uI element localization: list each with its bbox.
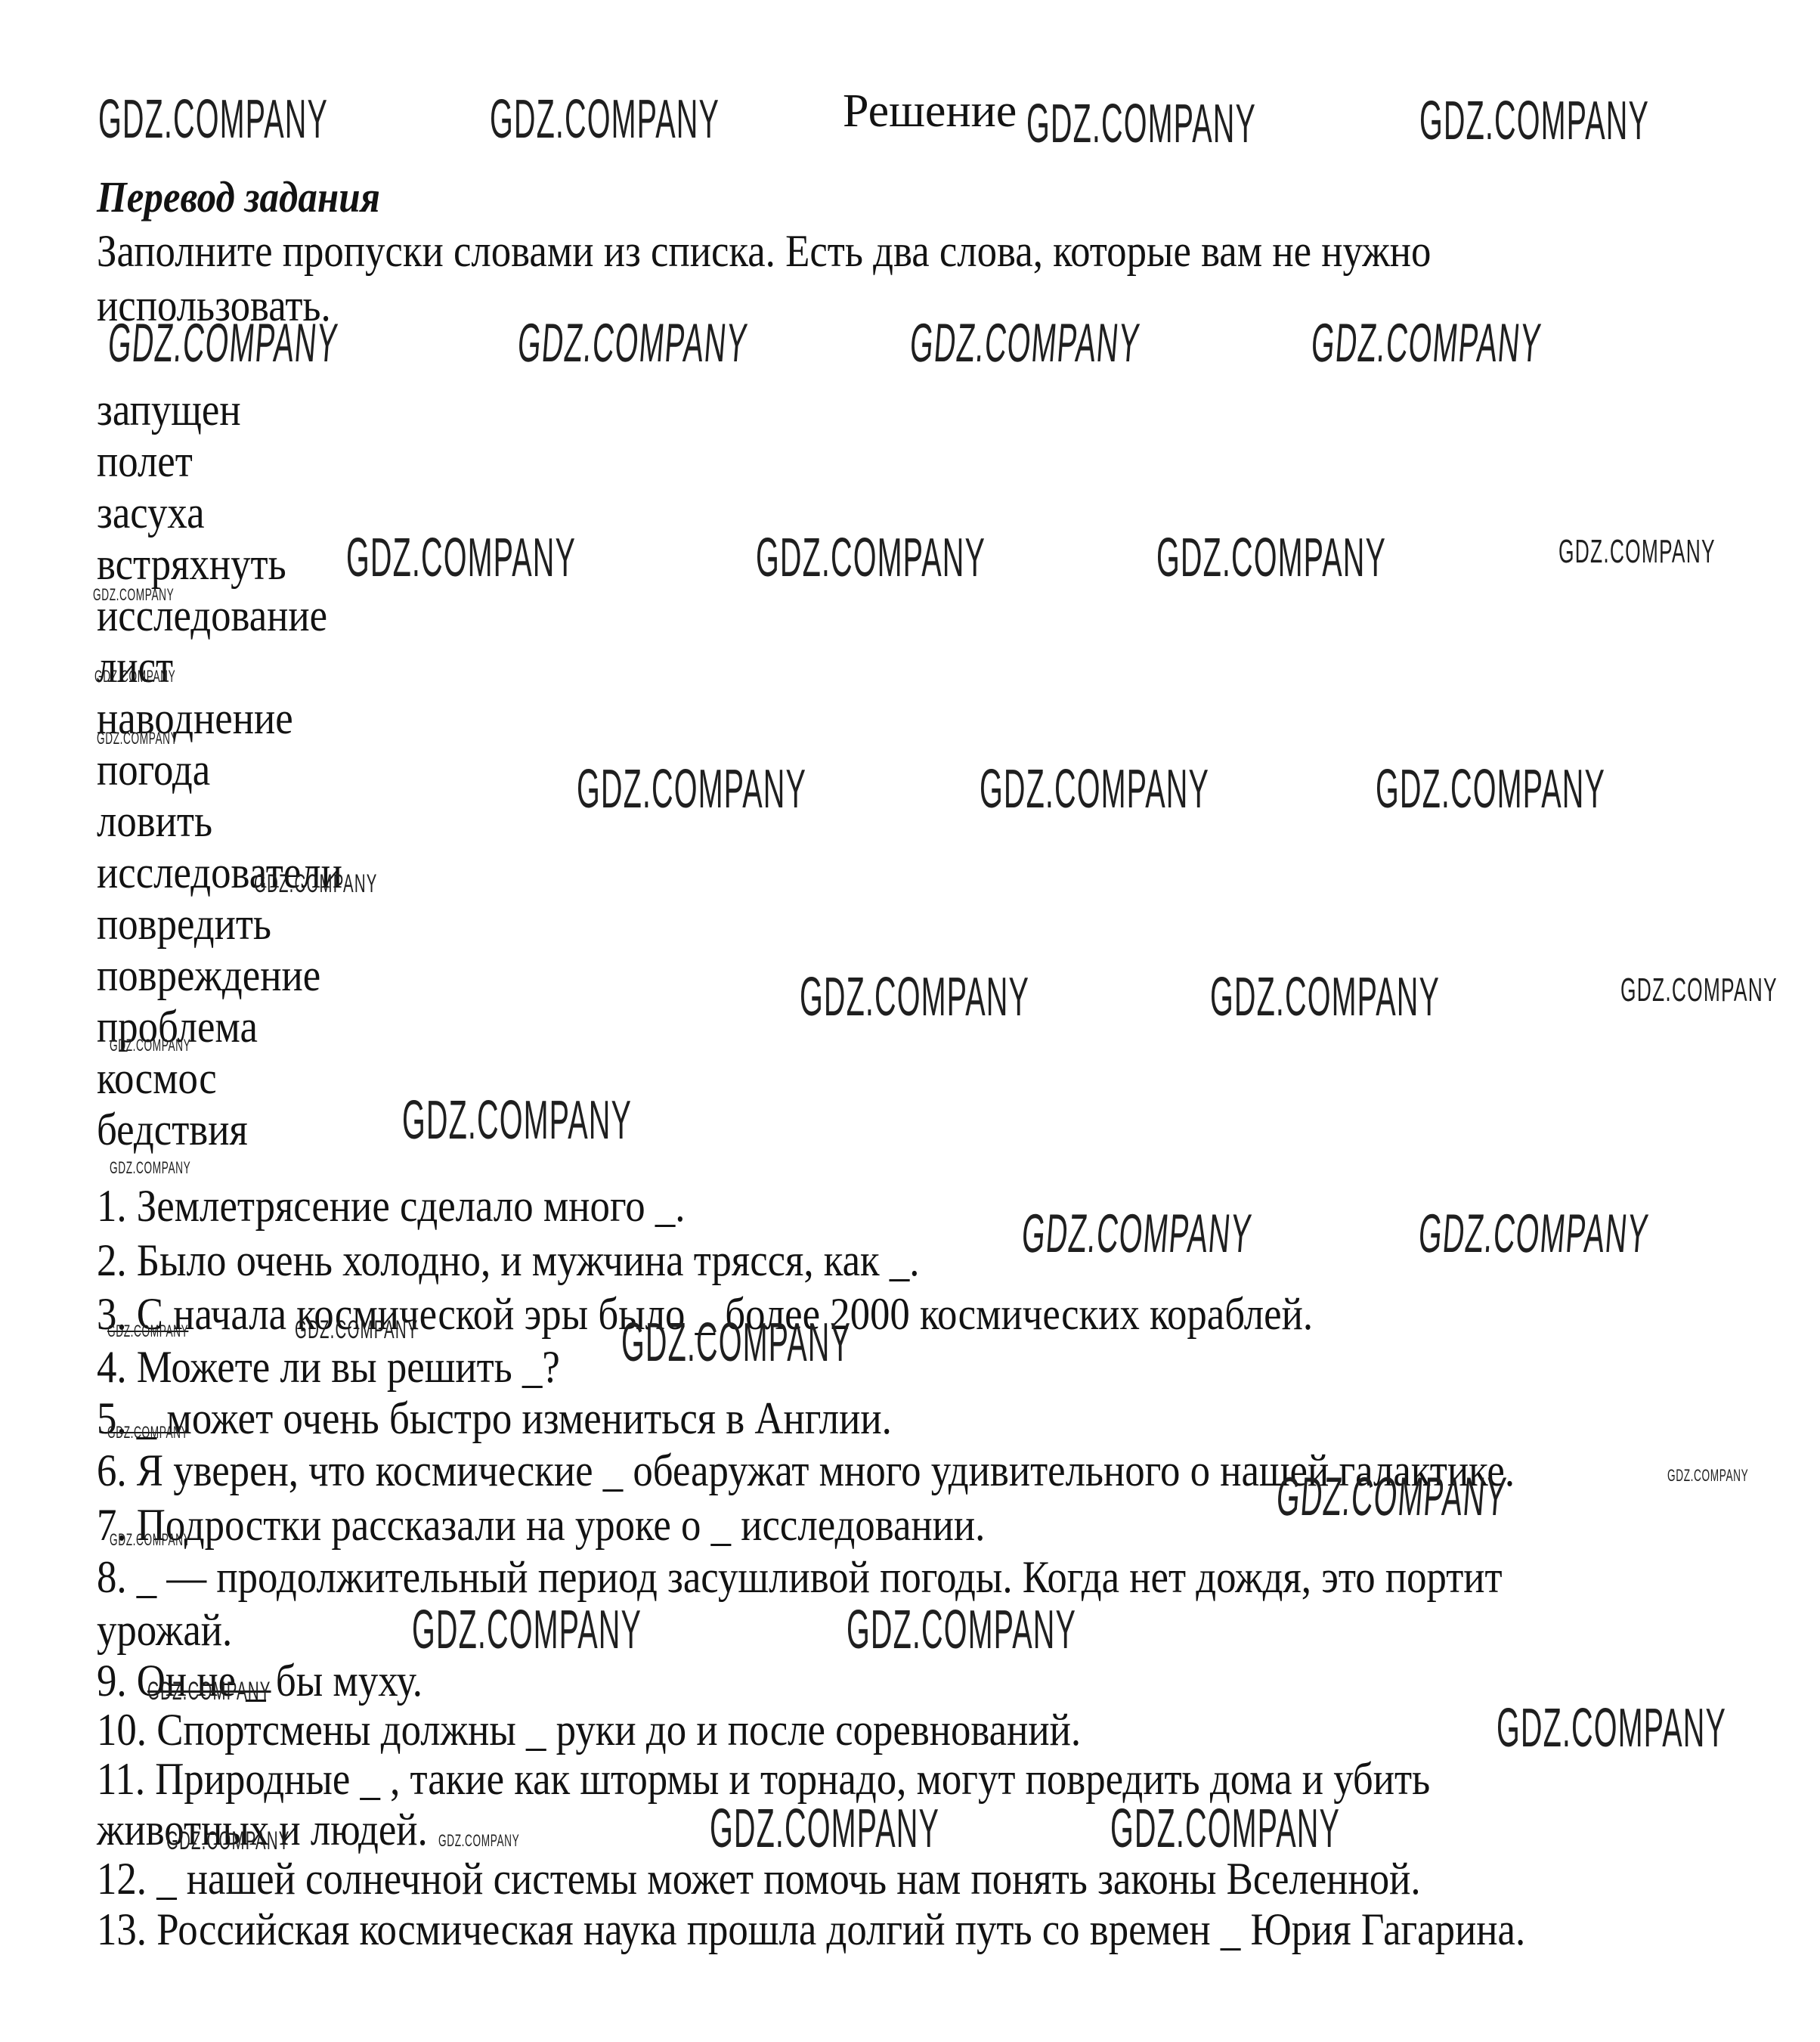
gdz-watermark: GDZ.COMPANY	[110, 1532, 190, 1548]
gdz-watermark: GDZ.COMPANY	[346, 531, 576, 585]
gdz-watermark: GDZ.COMPANY	[1026, 97, 1256, 151]
document-page: { "page": { "background": "#ffffff", "te…	[0, 0, 1820, 2042]
gdz-watermark: GDZ.COMPANY	[1416, 1207, 1651, 1261]
sentence-line-8: 8. _ — продолжительный период засушливой…	[97, 1554, 1503, 1600]
sentence-line-7: 7. Подростки рассказали на уроке о _ исс…	[97, 1502, 985, 1548]
gdz-watermark: GDZ.COMPANY	[1558, 535, 1716, 569]
gdz-watermark: GDZ.COMPANY	[254, 871, 378, 897]
gdz-watermark: GDZ.COMPANY	[490, 92, 720, 147]
gdz-watermark: GDZ.COMPANY	[94, 668, 175, 685]
gdz-watermark: GDZ.COMPANY	[97, 730, 178, 747]
gdz-watermark: GDZ.COMPANY	[1274, 1470, 1509, 1524]
gdz-watermark: GDZ.COMPANY	[106, 316, 340, 370]
sentence-line-5: 5. _ может очень быстро измениться в Анг…	[97, 1396, 892, 1441]
word-item: запущен	[97, 384, 342, 435]
sentence-line-1: 1. Землетрясение сделало много _.	[97, 1183, 685, 1229]
gdz-watermark: GDZ.COMPANY	[295, 1317, 419, 1343]
gdz-watermark: GDZ.COMPANY	[710, 1802, 939, 1856]
gdz-watermark: GDZ.COMPANY	[107, 1424, 188, 1441]
gdz-watermark: GDZ.COMPANY	[1156, 531, 1386, 585]
gdz-watermark: GDZ.COMPANY	[980, 762, 1209, 816]
sentence-line-13: 13. Российская космическая наука прошла …	[97, 1907, 1525, 1952]
gdz-watermark: GDZ.COMPANY	[107, 1323, 188, 1340]
word-item: космос	[97, 1052, 342, 1104]
gdz-watermark: GDZ.COMPANY	[800, 970, 1029, 1024]
task-translation-heading: Перевод задания	[97, 175, 380, 219]
sentence-line-4: 4. Можете ли вы решить _?	[97, 1344, 560, 1390]
gdz-watermark: GDZ.COMPANY	[1210, 970, 1440, 1024]
sentence-line-11: 11. Природные _ , такие как штормы и тор…	[97, 1756, 1430, 1802]
word-item: полет	[97, 435, 342, 487]
gdz-watermark: GDZ.COMPANY	[1497, 1701, 1726, 1755]
gdz-watermark: GDZ.COMPANY	[577, 762, 806, 816]
sentence-line-2: 2. Было очень холодно, и мужчина трясся,…	[97, 1238, 919, 1283]
gdz-watermark: GDZ.COMPANY	[515, 316, 750, 370]
gdz-watermark: GDZ.COMPANY	[147, 1678, 271, 1704]
sentence-line-8b: урожай.	[97, 1607, 232, 1653]
gdz-watermark: GDZ.COMPANY	[1419, 94, 1649, 148]
word-item: засуха	[97, 487, 342, 538]
word-item: повреждение	[97, 950, 342, 1001]
gdz-watermark: GDZ.COMPANY	[621, 1315, 851, 1370]
gdz-watermark: GDZ.COMPANY	[1309, 316, 1543, 370]
gdz-watermark: GDZ.COMPANY	[1110, 1802, 1340, 1856]
gdz-watermark: GDZ.COMPANY	[166, 1828, 290, 1854]
word-item: ловить	[97, 795, 342, 847]
gdz-watermark: GDZ.COMPANY	[438, 1833, 519, 1849]
sentence-line-10: 10. Спортсмены должны _ руки до и после …	[97, 1707, 1081, 1752]
gdz-watermark: GDZ.COMPANY	[402, 1093, 632, 1148]
gdz-watermark: GDZ.COMPANY	[110, 1037, 190, 1054]
word-item: погода	[97, 744, 342, 795]
gdz-watermark: GDZ.COMPANY	[412, 1603, 642, 1657]
gdz-watermark: GDZ.COMPANY	[110, 1160, 190, 1176]
word-item: бедствия	[97, 1104, 342, 1155]
gdz-watermark: GDZ.COMPANY	[98, 92, 328, 147]
sentence-line-12: 12. _ нашей солнечной системы может помо…	[97, 1856, 1421, 1901]
gdz-watermark: GDZ.COMPANY	[1620, 974, 1778, 1007]
gdz-watermark: GDZ.COMPANY	[1376, 762, 1605, 816]
word-item: встряхнуть	[97, 538, 342, 590]
gdz-watermark: GDZ.COMPANY	[1020, 1207, 1254, 1261]
gdz-watermark: GDZ.COMPANY	[756, 531, 986, 585]
page-title: Решение	[843, 88, 1017, 135]
gdz-watermark: GDZ.COMPANY	[1667, 1467, 1748, 1484]
word-item: повредить	[97, 898, 342, 950]
gdz-watermark: GDZ.COMPANY	[93, 587, 174, 603]
intro-line-1: Заполните пропуски словами из списка. Ес…	[97, 228, 1431, 274]
gdz-watermark: GDZ.COMPANY	[908, 316, 1142, 370]
gdz-watermark: GDZ.COMPANY	[847, 1603, 1076, 1657]
